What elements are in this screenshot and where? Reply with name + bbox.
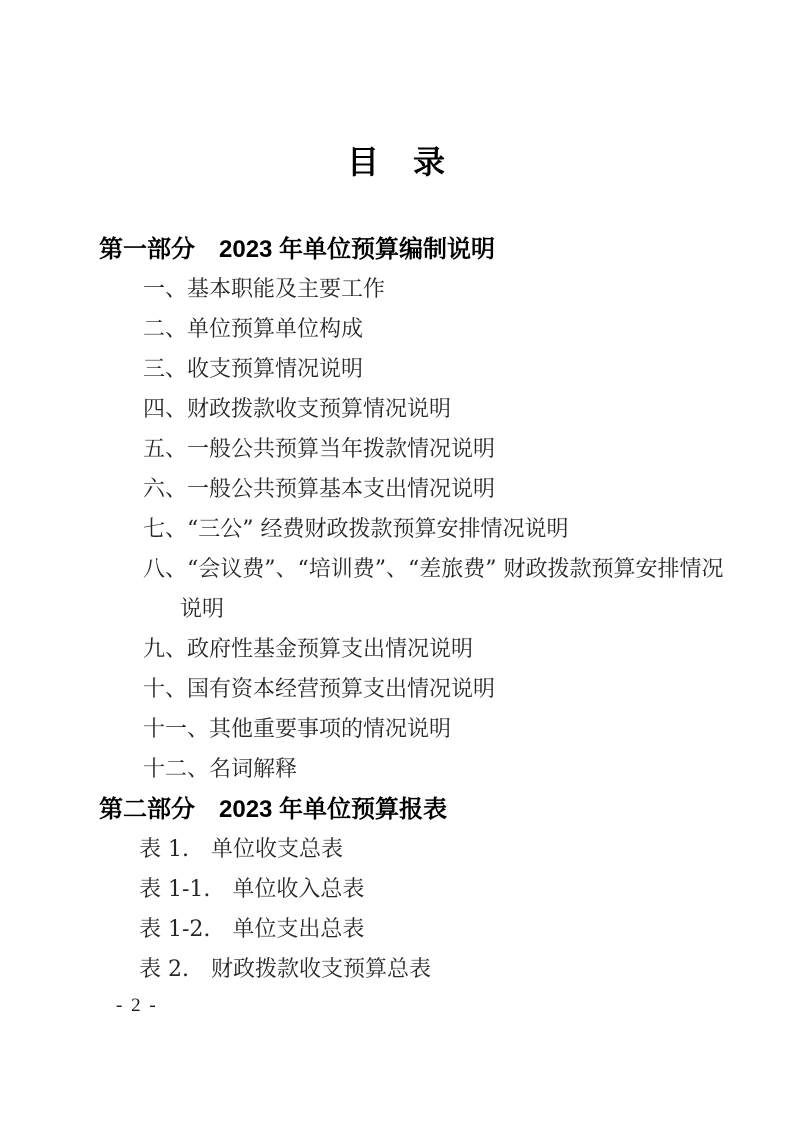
- toc-table-item-3: 表 1-2. 单位支出总表: [99, 910, 759, 950]
- toc-item-10: 十、国有资本经营预算支出情况说明: [99, 670, 759, 710]
- section-1-heading: 第一部分 2023 年单位预算编制说明: [99, 230, 759, 270]
- toc-table-item-2: 表 1-1. 单位收入总表: [99, 870, 759, 910]
- toc-item-2: 二、单位预算单位构成: [99, 310, 759, 350]
- toc-item-8: 八、“会议费”、“培训费”、“差旅费” 财政拨款预算安排情况: [99, 550, 759, 590]
- toc-item-12: 十二、名词解释: [99, 750, 759, 790]
- toc-item-11: 十一、其他重要事项的情况说明: [99, 710, 759, 750]
- toc-item-8-continuation: 说明: [99, 590, 759, 630]
- document-page: 目 录 第一部分 2023 年单位预算编制说明 一、基本职能及主要工作 二、单位…: [0, 0, 793, 1122]
- toc-item-1: 一、基本职能及主要工作: [99, 270, 759, 310]
- toc-item-9: 九、政府性基金预算支出情况说明: [99, 630, 759, 670]
- page-title: 目 录: [0, 142, 793, 182]
- toc-item-6: 六、一般公共预算基本支出情况说明: [99, 470, 759, 510]
- toc-item-4: 四、财政拨款收支预算情况说明: [99, 390, 759, 430]
- toc-item-5: 五、一般公共预算当年拨款情况说明: [99, 430, 759, 470]
- section-2-heading: 第二部分 2023 年单位预算报表: [99, 790, 759, 830]
- page-number: - 2 -: [116, 995, 158, 1017]
- toc-item-7: 七、“三公” 经费财政拨款预算安排情况说明: [99, 510, 759, 550]
- toc-table-item-1: 表 1. 单位收支总表: [99, 830, 759, 870]
- table-of-contents: 第一部分 2023 年单位预算编制说明 一、基本职能及主要工作 二、单位预算单位…: [99, 230, 759, 990]
- toc-table-item-4: 表 2. 财政拨款收支预算总表: [99, 950, 759, 990]
- toc-item-3: 三、收支预算情况说明: [99, 350, 759, 390]
